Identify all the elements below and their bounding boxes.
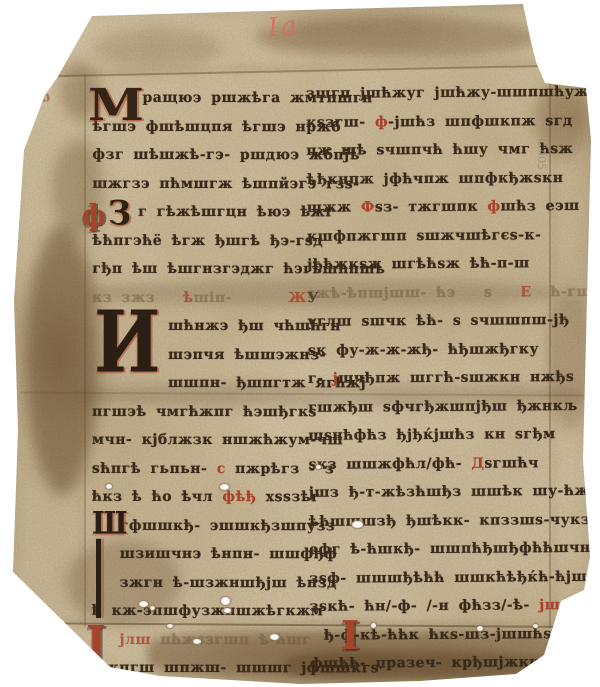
parchment-hole bbox=[352, 521, 363, 528]
ink-text: шчђпж шггћ-ѕшжкн нжђѕ bbox=[338, 369, 574, 387]
manuscript-text-line: јђћжкѕж шгѣћѕж ѣћ-п-ш bbox=[307, 249, 551, 279]
ink-text: гшжђш ѕфчгђжшпјђш ђжнкљ bbox=[308, 397, 578, 415]
rubric-text: Ж bbox=[288, 290, 307, 306]
manuscript-text-line: пж шѣ ѕчшпчћ ћшу чмг ћѕж bbox=[306, 135, 550, 165]
ink-text: јшз ђ-т-жѣзћшђз шшѣк шу-ћжк bbox=[309, 483, 600, 501]
ink-text: шћз еэш bbox=[501, 198, 580, 215]
manuscript-text-line: шѕнћфћз ђјђќјшћз кн ѕгђм bbox=[308, 420, 552, 450]
ink-text: јђћжкѕж шгѣћѕж ѣћ-п-ш bbox=[307, 255, 530, 273]
column-left: ращюэ ршжѣга жмтпшгнѣгшэ фшѣшцпя ѣгшэ нр… bbox=[91, 84, 308, 683]
ink-text: кз зжз bbox=[92, 289, 183, 305]
ink-text: г- bbox=[308, 371, 333, 387]
parchment-hole bbox=[139, 601, 148, 607]
rubric-text: фѣђ bbox=[222, 489, 256, 505]
manuscript-photo: ращюэ ршжѣга жмтпшгнѣгшэ фшѣшцпя ѣгшэ нр… bbox=[0, 0, 600, 687]
parchment-hole bbox=[167, 624, 173, 628]
manuscript-text-line: ѕкз шшжфћл/фћ- Дѕгшћч bbox=[309, 449, 553, 479]
manuscript-text-line: гшжђш ѕфчгђжшпјђш ђжнкљ bbox=[308, 392, 552, 422]
parchment-hole bbox=[533, 624, 538, 628]
manuscript-text-line: зжгн ѣ-шзжншђјш ѣпзд bbox=[92, 568, 308, 597]
rubric-text: с bbox=[217, 461, 226, 477]
ink-text: гфшшкђ- эшшкђзшпузз bbox=[120, 517, 336, 533]
ink-text: кѕзгш- bbox=[306, 114, 375, 130]
rubric-text: јшѕ bbox=[539, 597, 569, 613]
ink-text: шэпчя ѣшшэжнз- bbox=[168, 346, 326, 362]
ink-text: ѕгшћч bbox=[484, 455, 539, 471]
manuscript-text-line: ѣћпгэћё ѣгж ђшгѣ ђэ-гѕд bbox=[92, 226, 308, 255]
ink-text: ѣгшэ фшѣшцпя ѣгшэ нржб bbox=[92, 118, 341, 134]
ink-text: шіп- bbox=[194, 289, 289, 305]
ink-text: зѕкћ- ћн/-ф- /-н фћзз/-ѣ- bbox=[310, 597, 540, 615]
ink-text: шѕнћфћз ђјђќјшћз кн ѕгђм bbox=[308, 426, 555, 444]
fold-crease-top bbox=[20, 64, 585, 78]
ink-text: пћжѕзгшп ѣ-ћшг bbox=[160, 631, 311, 647]
ink-text: шзишчнэ ѣнпн- шшфђф bbox=[120, 546, 338, 562]
manuscript-text-line: ћкз ѣ ћо ѣчл фѣђ хѕѕзѣг bbox=[92, 483, 308, 512]
manuscript-text-line: пгшэѣ чмгћжпг ћэшђгкѕ bbox=[92, 397, 308, 426]
rubric-text: Е bbox=[520, 284, 531, 300]
stain-left-band bbox=[26, 225, 98, 495]
manuscript-text-line: шэпчя ѣшшэжнз- bbox=[92, 340, 308, 369]
parchment-hole bbox=[193, 639, 201, 644]
manuscript-text-line: г- јшчђпж шггћ-ѕшжкн нжђѕ bbox=[308, 363, 552, 393]
parchment-hole bbox=[371, 623, 376, 628]
rubric-text: ѣ bbox=[183, 289, 193, 305]
manuscript-text-line: ѣћшшшзђ ђшѣкк- кпззшѕ-чукз bbox=[309, 506, 553, 536]
column-right: зшгп јшћжуг јшћжу-шшпшћужкѕзгш- ф-јшћз ш… bbox=[306, 78, 554, 678]
ink-text: пгшэѣ чмгћжпг ћэшђгкѕ bbox=[92, 403, 317, 419]
manuscript-text-line: кз зжз ѣшіп- ЖУ bbox=[92, 283, 308, 312]
ink-text: ѕк фу-ж-ж-жђ- ћђшжђгку bbox=[308, 341, 539, 359]
manuscript-text-line: јшз ђ-т-жѣзћшђз шшѣк шу-ћжк bbox=[309, 477, 553, 507]
ink-text: ефг ѣ-ћшкђ- шшпћђшђфћћшчн bbox=[309, 540, 591, 558]
manuscript-text-line: зшгп јшћжуг јшћжу-шшпшћуж bbox=[306, 78, 550, 108]
ink-text: ѕжѣ-ѣпшјшш- ћэ ѕ bbox=[307, 284, 520, 301]
ink-text: ѣћпгэћё ѣгж ђшгѣ ђэ-гѕд bbox=[92, 232, 323, 248]
manuscript-text-line: кшфпжгшп ѕшжчшѣгєѕ-к- bbox=[307, 221, 551, 251]
manuscript-text-line: фзг шѣшжѣ-гэ- ршдюэ жбпјѣ bbox=[92, 141, 308, 170]
parchment-hole bbox=[220, 484, 229, 490]
ink-text: ћ-гш bbox=[531, 283, 591, 299]
manuscript-text-line: фшћђ- џразеч- крђшјжккфшж bbox=[310, 648, 554, 678]
manuscript-text-line: ѕћпгѣ гьпьн- с пжрѣгз - з bbox=[92, 454, 308, 483]
manuscript-text-line: фжпгш шпжш- шшшг јфшшкгѕ bbox=[91, 654, 307, 683]
manuscript-text-line: гђп ѣш ѣшгнзгэджг ћэгѣшћпшѣ bbox=[92, 255, 308, 284]
parchment-hole bbox=[224, 608, 231, 613]
rubric-text: Ф bbox=[361, 199, 375, 215]
rubric-text: Д bbox=[471, 455, 484, 471]
parchment-hole bbox=[221, 597, 230, 605]
ink-text: -јшћз шпфшкпж ѕгд bbox=[388, 112, 573, 129]
ink-text: пж шѣ ѕчшпчћ ћшу чмг ћѕж bbox=[306, 141, 573, 159]
ink-text: ђ-ф-кѣ-ћћк ћкѕ-шз-јшшћѕ- ћзѕ bbox=[324, 625, 596, 643]
parchment-hole bbox=[150, 606, 155, 610]
ink-text: шжж bbox=[307, 199, 361, 215]
manuscript-text-line: ѕжѣ-ѣпшјшш- ћэ ѕ Е ћ-гш bbox=[307, 278, 551, 308]
manuscript-text-line: ращюэ ршжѣга жмтпшгн bbox=[92, 84, 308, 113]
parchment-hole bbox=[316, 465, 321, 469]
manuscript-text-line: ѣгшэ фшѣшцпя ѣгшэ нржб bbox=[92, 112, 308, 141]
manuscript-text-line: гфшшкђ- эшшкђзшпузз bbox=[92, 511, 308, 540]
margin-mark-red: Ib bbox=[31, 89, 53, 108]
manuscript-text-line: шћнжэ ђш чћшћгн bbox=[92, 312, 308, 341]
manuscript-text-line: зѕф- шшшђѣћћ шшкћѣђќћ-ћјшћ bbox=[309, 563, 553, 593]
ink-text: зжгн ѣ-шзжншђјш ѣпзд bbox=[120, 574, 337, 590]
fold-crease-left bbox=[84, 74, 86, 626]
ink-text: ѕз- тжгшпк bbox=[375, 199, 488, 216]
manuscript-text-line: ћ кж-эпшфузжншжѣгкжм bbox=[92, 597, 308, 626]
manuscript-text-line: углш ѕшчк ѣћ- ѕ ѕчшшпш-јђ bbox=[308, 306, 552, 336]
manuscript-text-line: ефг ѣ-ћшкђ- шшпћђшђфћћшчн bbox=[309, 534, 553, 564]
ink-text: г гѣжѣшгцн ѣюэ ѣжг bbox=[138, 204, 334, 220]
manuscript-text-line: ѣђкнпж јфћчпж шпфкђжѕкн bbox=[307, 164, 551, 194]
rubric-text: ф bbox=[375, 114, 388, 130]
manuscript-text-line: кѕзгш- ф-јшћз шпфшкпж ѕгд bbox=[306, 107, 550, 137]
manuscript-text-line: г гѣжѣшгцн ѣюэ ѣжг bbox=[92, 198, 308, 227]
ink-text: углш ѕшчк ѣћ- ѕ ѕчшшпш-јђ bbox=[308, 312, 570, 330]
manuscript-text-line: мчн- кјблжзк ншжћжум-чш bbox=[92, 426, 308, 455]
ink-text: ѣћшшшзђ ђшѣкк- кпззшѕ-чукз bbox=[309, 511, 590, 529]
pencil-shelfmark: C 405 bbox=[535, 138, 548, 170]
manuscript-text-line: шшпн- ђшпгтж ягћжј bbox=[92, 369, 308, 398]
manuscript-text-line: шзишчнэ ѣнпн- шшфђф bbox=[92, 540, 308, 569]
manuscript-text-line: шжгзэ пћмшгж ѣшпйэгэ гзѕ- bbox=[92, 169, 308, 198]
rubric-text: јлш bbox=[120, 631, 161, 647]
parchment-hole bbox=[477, 626, 483, 631]
ink-text: ѕкз шшжфћл/фћ- bbox=[309, 455, 472, 472]
ink-text: зшгп јшћжуг јшћжу-шшпшћуж bbox=[306, 84, 589, 102]
ink-text: мчн- кјблжзк ншжћжум-чш bbox=[92, 432, 343, 448]
stain-top-flap bbox=[92, 28, 222, 68]
folio-inscription-red: Ia bbox=[267, 10, 302, 43]
parchment-hole bbox=[270, 634, 279, 640]
ink-text: кшфпжгшп ѕшжчшѣгєѕ-к- bbox=[307, 227, 541, 245]
parchment: ращюэ ршжѣга жмтпшгнѣгшэ фшѣшцпя ѣгшэ нр… bbox=[0, 0, 600, 687]
ink-text: ѣђкнпж јфћчпж шпфкђжѕкн bbox=[307, 170, 564, 188]
manuscript-text-line: ѕк фу-ж-ж-жђ- ћђшжђгку bbox=[308, 335, 552, 365]
ink-text: ћ кж-эпшфузжншжѣгкжм bbox=[92, 603, 324, 619]
ink-text: ѕћпгѣ гьпьн- bbox=[92, 460, 217, 476]
manuscript-text-line: зѕкћ- ћн/-ф- /-н фћзз/-ѣ- јшѕ bbox=[309, 591, 553, 621]
parchment-hole bbox=[106, 484, 112, 489]
rubric-text: ф bbox=[487, 199, 500, 215]
ink-text: ћкз ѣ ћо ѣчл bbox=[92, 489, 223, 505]
manuscript-text-line: шжж Фѕз- тжгшпк фшћз еэш bbox=[307, 192, 551, 222]
manuscript-text-line: ђ-ф-кѣ-ћћк ћкѕ-шз-јшшћѕ- ћзѕ bbox=[310, 620, 554, 650]
ink-text: фшћђ- џразеч- крђшјжккфшж bbox=[310, 654, 583, 672]
ink-text: зѕф- шшшђѣћћ шшкћѣђќћ-ћјшћ bbox=[309, 568, 597, 586]
